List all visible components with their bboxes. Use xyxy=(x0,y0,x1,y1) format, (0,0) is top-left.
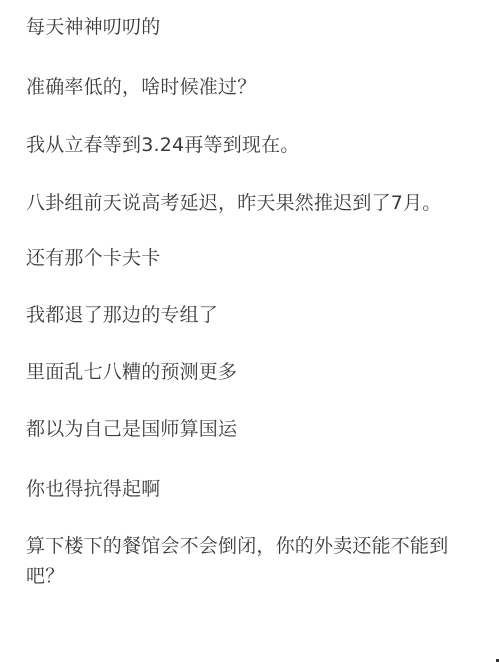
paragraph: 都以为自己是国师算国运 xyxy=(26,414,476,444)
paragraph: 里面乱七八糟的预测更多 xyxy=(26,357,476,387)
paragraph: 我都退了那边的专组了 xyxy=(26,300,476,330)
paragraph: 还有那个卡夫卡 xyxy=(26,243,476,273)
paragraph: 算下楼下的餐馆会不会倒闭，你的外卖还能不能到吧？ xyxy=(26,531,476,591)
paragraph: 你也得抗得起啊 xyxy=(26,474,476,504)
paragraph: 八卦组前天说高考延迟，昨天果然推迟到了7月。 xyxy=(26,188,476,218)
paragraph: 准确率低的，啥时候准过？ xyxy=(26,72,476,102)
paragraph: 每天神神叨叨的 xyxy=(26,12,476,42)
paragraph: 我从立春等到3.24再等到现在。 xyxy=(26,130,476,160)
